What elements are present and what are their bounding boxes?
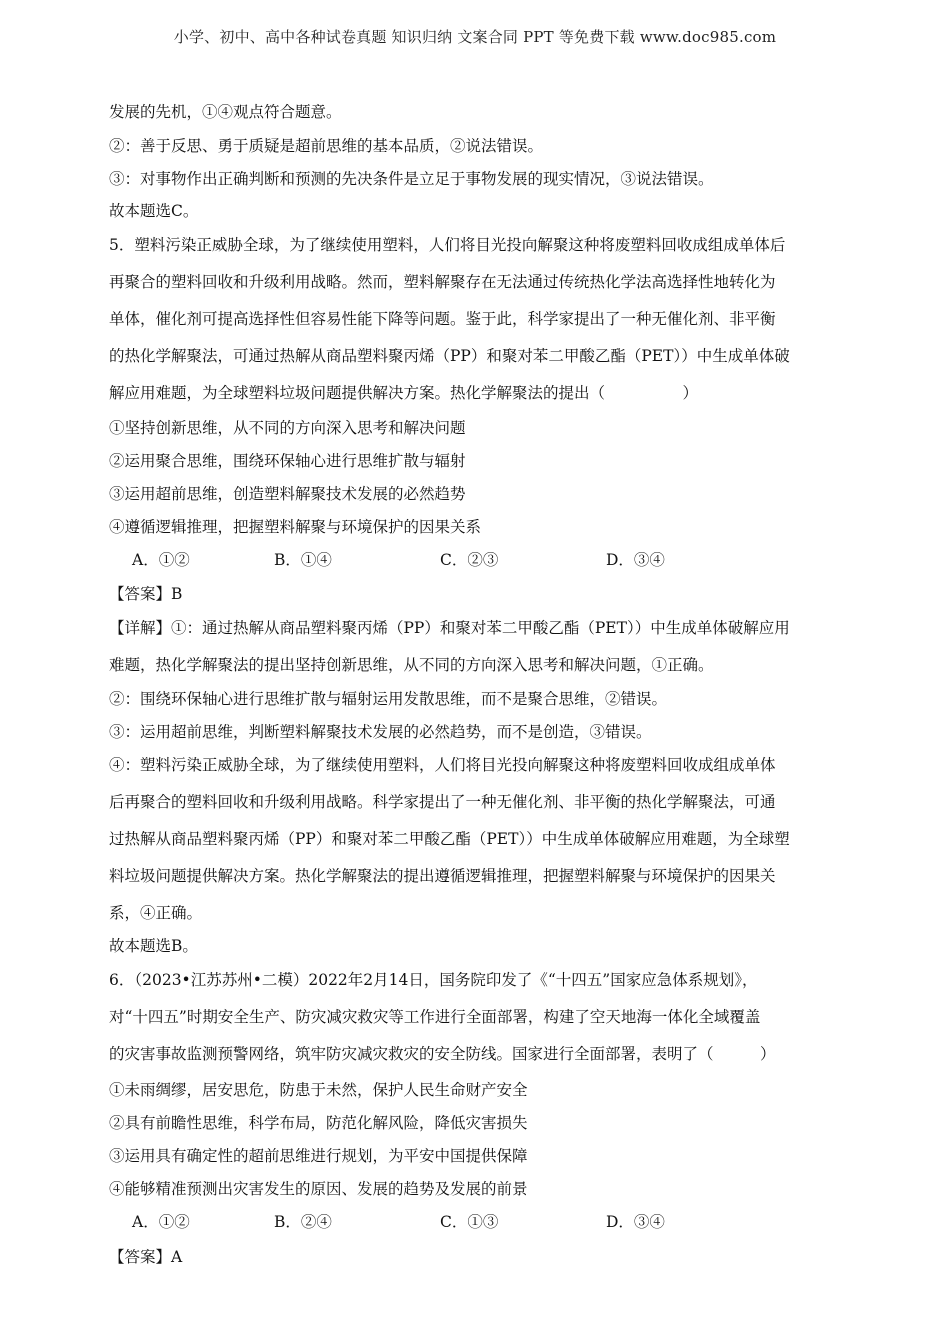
q5-explanation-line: 难题，热化学解聚法的提出坚持创新思维，从不同的方向深入思考和解决问题，①正确。 — [109, 655, 714, 675]
q6-statement-4: ④能够精准预测出灾害发生的原因、发展的趋势及发展的前景 — [109, 1179, 528, 1199]
q5-explanation-line: ③：运用超前思维，判断塑料解聚技术发展的必然趋势，而不是创造，③错误。 — [109, 722, 652, 742]
q5-explanation-line: 后再聚合的塑料回收和升级利用战略。科学家提出了一种无催化剂、非平衡的热化学解聚法… — [109, 792, 776, 812]
q4-conclusion: 故本题选C。 — [109, 201, 198, 221]
q5-explanation-line: 料垃圾问题提供解决方案。热化学解聚法的提出遵循逻辑推理，把握塑料解聚与环境保护的… — [109, 866, 776, 886]
q6-option-d: D．③④ — [606, 1212, 665, 1232]
q5-options: A．①② B．①④ C．②③ D．③④ — [132, 550, 832, 570]
q5-option-c: C．②③ — [440, 550, 498, 570]
q6-statement-2: ②具有前瞻性思维，科学布局，防范化解风险，降低灾害损失 — [109, 1113, 528, 1133]
q6-option-c: C．①③ — [440, 1212, 498, 1232]
q5-explanation-line: 系，④正确。 — [109, 903, 202, 923]
q6-statement-1: ①未雨绸缪，居安思危，防患于未然，保护人民生命财产安全 — [109, 1080, 528, 1100]
q5-stem-line: 再聚合的塑料回收和升级利用战略。然而，塑料解聚存在无法通过传统热化学法高选择性地… — [109, 272, 776, 292]
q5-conclusion: 故本题选B。 — [109, 936, 198, 956]
q5-statement-3: ③运用超前思维，创造塑料解聚技术发展的必然趋势 — [109, 484, 466, 504]
q6-option-b: B．②④ — [274, 1212, 332, 1232]
q5-option-d: D．③④ — [606, 550, 665, 570]
q4-explanation-line: 发展的先机，①④观点符合题意。 — [109, 102, 342, 122]
q5-stem-line: 单体，催化剂可提高选择性但容易性能下降等问题。鉴于此，科学家提出了一种无催化剂、… — [109, 309, 776, 329]
q4-explanation-line: ②：善于反思、勇于质疑是超前思维的基本品质，②说法错误。 — [109, 136, 543, 156]
q6-stem-line: 对“十四五”时期安全生产、防灾减灾救灾等工作进行全面部署，构建了空天地海一体化全… — [109, 1007, 760, 1027]
q5-statement-2: ②运用聚合思维，围绕环保轴心进行思维扩散与辐射 — [109, 451, 466, 471]
q6-options: A．①② B．②④ C．①③ D．③④ — [132, 1212, 832, 1232]
q5-option-b: B．①④ — [274, 550, 332, 570]
q5-explanation-line: 过热解从商品塑料聚丙烯（PP）和聚对苯二甲酸乙酯（PET））中生成单体破解应用难… — [109, 829, 790, 849]
page-header: 小学、初中、高中各种试卷真题 知识归纳 文案合同 PPT 等免费下载 www.d… — [0, 26, 950, 47]
q6-stem-line: 6．（2023•江苏苏州•二模）2022年2月14日，国务院印发了《“十四五”国… — [109, 970, 757, 990]
q5-explanation-line: ④：塑料污染正威胁全球，为了继续使用塑料，人们将目光投向解聚这种将废塑料回收成组… — [109, 755, 776, 775]
q4-explanation-line: ③：对事物作出正确判断和预测的先决条件是立足于事物发展的现实情况，③说法错误。 — [109, 169, 714, 189]
q6-option-a: A．①② — [132, 1212, 190, 1232]
q6-statement-3: ③运用具有确定性的超前思维进行规划，为平安中国提供保障 — [109, 1146, 528, 1166]
q5-stem-line: 解应用难题，为全球塑料垃圾问题提供解决方案。热化学解聚法的提出（ ） — [109, 383, 698, 403]
q5-option-a: A．①② — [132, 550, 190, 570]
q5-statement-1: ①坚持创新思维，从不同的方向深入思考和解决问题 — [109, 418, 466, 438]
q5-statement-4: ④遵循逻辑推理，把握塑料解聚与环境保护的因果关系 — [109, 517, 481, 537]
q6-stem-line: 的灾害事故监测预警网络，筑牢防灾减灾救灾的安全防线。国家进行全面部署，表明了（ … — [109, 1044, 776, 1064]
q5-stem-line: 的热化学解聚法，可通过热解从商品塑料聚丙烯（PP）和聚对苯二甲酸乙酯（PET））… — [109, 346, 790, 366]
q5-explanation-line: 【详解】①：通过热解从商品塑料聚丙烯（PP）和聚对苯二甲酸乙酯（PET））中生成… — [109, 618, 790, 638]
q5-explanation-line: ②：围绕环保轴心进行思维扩散与辐射运用发散思维，而不是聚合思维，②错误。 — [109, 689, 667, 709]
q5-answer: 【答案】B — [109, 584, 182, 604]
q6-answer: 【答案】A — [109, 1247, 182, 1267]
q5-stem-line: 5．塑料污染正威胁全球，为了继续使用塑料，人们将目光投向解聚这种将废塑料回收成组… — [109, 235, 785, 255]
